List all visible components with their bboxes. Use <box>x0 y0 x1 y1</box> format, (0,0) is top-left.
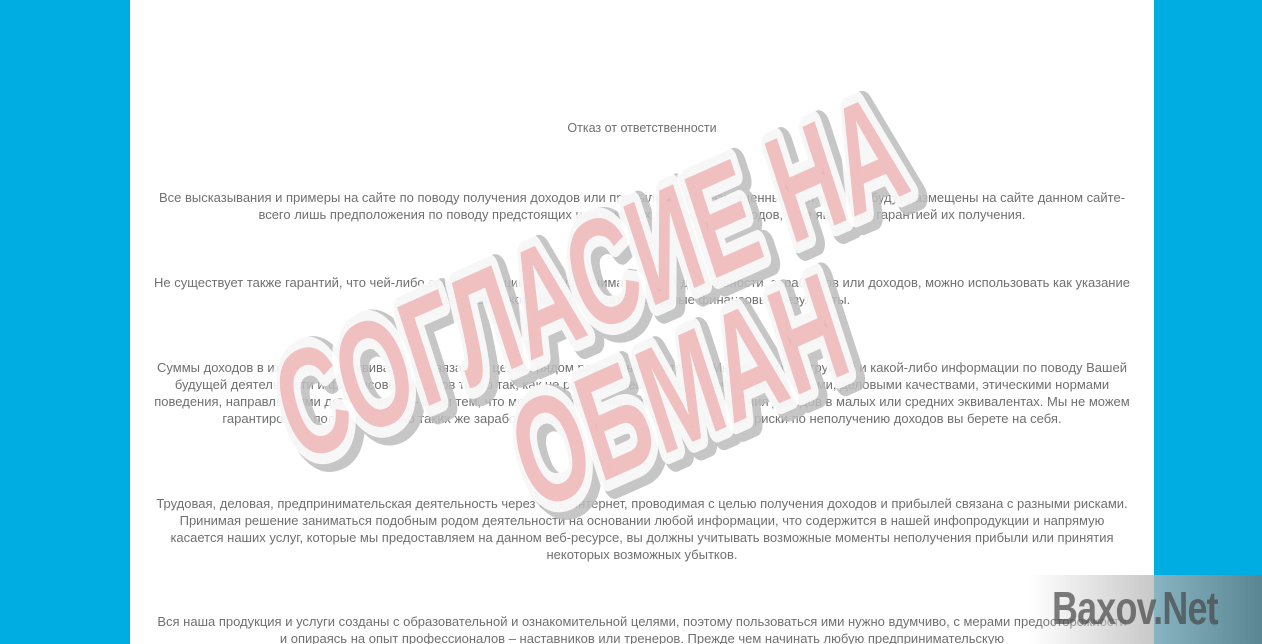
page-title: Отказ от ответственности <box>130 121 1154 135</box>
site-watermark: Baxov.Net <box>1030 575 1262 644</box>
disclaimer-paragraph: Не существует также гарантий, что чей-ли… <box>154 274 1130 308</box>
disclaimer-paragraph: Все высказывания и примеры на сайте по п… <box>154 189 1130 223</box>
content-page: Отказ от ответственности Все высказывани… <box>130 0 1154 644</box>
disclaimer-paragraph: Трудовая, деловая, предпринимательская д… <box>154 495 1130 563</box>
disclaimer-paragraph: Вся наша продукция и услуги созданы с об… <box>154 613 1130 644</box>
disclaimer-paragraph: Суммы доходов в их денежном эквиваленте … <box>154 359 1130 427</box>
watermark-text: Baxov.Net <box>1052 581 1218 635</box>
